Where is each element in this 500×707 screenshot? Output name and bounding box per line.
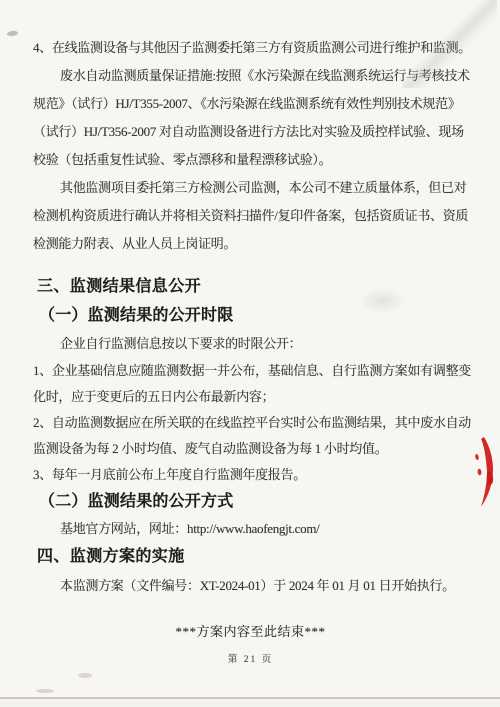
paragraph-line: 4、在线监测设备与其他因子监测委托第三方有资质监测公司进行维护和监测。: [33, 34, 468, 62]
paragraph-line: 基地官方网站，网址：http://www.haofengjt.com/: [33, 516, 468, 542]
paragraph-line: 监测设备为每 2 小时均值、废气自动监测设备为每 1 小时均值。: [33, 436, 468, 462]
paragraph-line: 检测机构资质进行确认并将相关资料扫描件/复印件备案，包括资质证书、资质: [33, 202, 468, 230]
scan-margin: [0, 699, 500, 707]
paragraph-line: 本监测方案（文件编号：XT-2024-01）于 2024 年 01 月 01 日…: [33, 572, 468, 600]
sub-heading: （二）监测结果的公开方式: [33, 488, 468, 516]
end-marker: ***方案内容至此结束***: [33, 618, 468, 646]
paragraph-line: 检测能力附表、从业人员上岗证明。: [33, 230, 468, 258]
document-body: 4、在线监测设备与其他因子监测委托第三方有资质监测公司进行维护和监测。废水自动监…: [0, 0, 500, 675]
paragraph-line: 废水自动监测质量保证措施:按照《水污染源在线监测系统运行与考核技术: [33, 62, 468, 90]
section-heading: 三、监测结果信息公开: [33, 272, 468, 302]
paragraph-line: 其他监测项目委托第三方检测公司监测，本公司不建立质量体系，但已对: [33, 174, 468, 202]
page-number: 第 21 页: [33, 646, 468, 675]
paragraph-line: 校验（包括重复性试验、零点漂移和量程漂移试验）。: [33, 146, 468, 174]
paragraph-line: 规范》（试行）HJ/T355-2007、《水污染源在线监测系统有效性判别技术规范…: [33, 90, 468, 118]
section-heading: 四、监测方案的实施: [33, 542, 468, 572]
document-page: 4、在线监测设备与其他因子监测委托第三方有资质监测公司进行维护和监测。废水自动监…: [0, 0, 500, 707]
paragraph-line: 化时，应于变更后的五日内公布最新内容；: [33, 384, 468, 410]
paragraph-line: 1、企业基础信息应随监测数据一并公布，基础信息、自行监测方案如有调整变: [33, 358, 468, 384]
scan-speck: [36, 689, 54, 693]
red-pen-mark: [470, 435, 498, 515]
paragraph-line: 2、自动监测数据应在所关联的在线监控平台实时公布监测结果，其中废水自动: [33, 410, 468, 436]
sub-heading: （一）监测结果的公开时限: [33, 302, 468, 330]
paragraph-line: 3、每年一月底前公布上年度自行监测年度报告。: [33, 462, 468, 488]
paragraph-line: 企业自行监测信息按以下要求的时限公开：: [33, 330, 468, 358]
paragraph-line: （试行）HJ/T356-2007 对自动监测设备进行方法比对实验及质控样试验、现…: [33, 118, 468, 146]
